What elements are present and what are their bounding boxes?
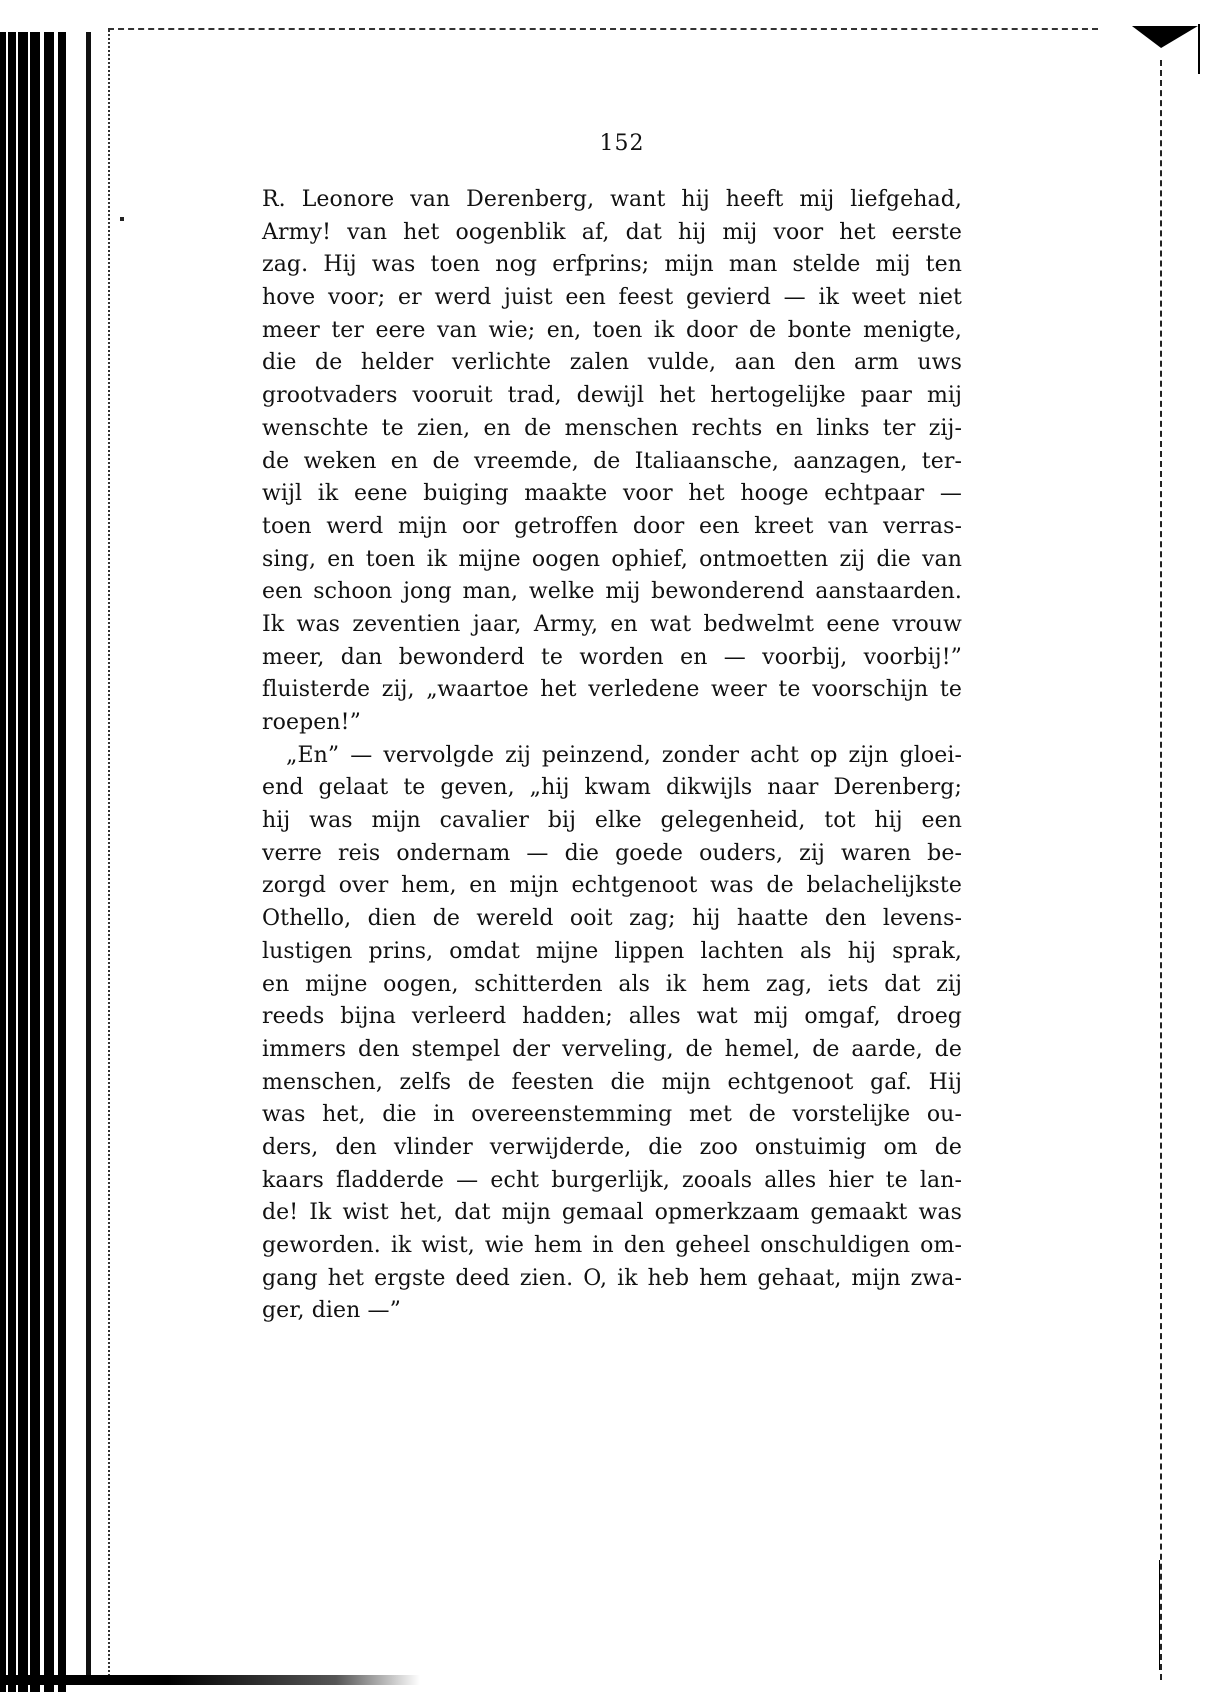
text-line: sing, en toen ik mijne oogen ophief, ont… bbox=[262, 544, 962, 577]
text-line: R. Leonore van Derenberg, want hij heeft… bbox=[262, 184, 962, 217]
text-line: roepen!” bbox=[262, 707, 962, 740]
text-line: die de helder verlichte zalen vulde, aan… bbox=[262, 347, 962, 380]
text-line: Othello, dien de wereld ooit zag; hij ha… bbox=[262, 903, 962, 936]
text-line: gang het ergste deed zien. O, ik heb hem… bbox=[262, 1263, 962, 1296]
scan-corner-mark-icon bbox=[1128, 26, 1198, 48]
text-line: immers den stempel der verveling, de hem… bbox=[262, 1034, 962, 1067]
text-line: een schoon jong man, welke mij bewondere… bbox=[262, 576, 962, 609]
scan-edge-tick bbox=[1198, 24, 1200, 74]
text-line: hove voor; er werd juist een feest gevie… bbox=[262, 282, 962, 315]
page-body-text: R. Leonore van Derenberg, want hij heeft… bbox=[262, 184, 962, 1328]
text-line: de! Ik wist het, dat mijn gemaal opmerkz… bbox=[262, 1197, 962, 1230]
text-line: was het, die in overeenstemming met de v… bbox=[262, 1099, 962, 1132]
book-binding-shadow bbox=[0, 32, 72, 1692]
text-line: geworden. ik wist, wie hem in den geheel… bbox=[262, 1230, 962, 1263]
text-line: meer ter eere van wie; en, toen ik door … bbox=[262, 315, 962, 348]
page-top-edge bbox=[108, 28, 1098, 30]
text-line: de weken en de vreemde, de Italiaansche,… bbox=[262, 446, 962, 479]
text-line: „En” — vervolgde zij peinzend, zonder ac… bbox=[262, 740, 962, 773]
scan-speck bbox=[120, 217, 124, 221]
text-line: ders, den vlinder verwijderde, die zoo o… bbox=[262, 1132, 962, 1165]
text-line: kaars fladderde — echt burgerlijk, zooal… bbox=[262, 1165, 962, 1198]
text-line: reeds bijna verleerd hadden; alles wat m… bbox=[262, 1001, 962, 1034]
page-number: 152 bbox=[282, 130, 962, 158]
page-bottom-shadow bbox=[0, 1675, 420, 1685]
text-line: fluisterde zij, „waartoe het verledene w… bbox=[262, 674, 962, 707]
text-line: menschen, zelfs de feesten die mijn echt… bbox=[262, 1067, 962, 1100]
text-line: wenschte te zien, en de menschen rechts … bbox=[262, 413, 962, 446]
text-line: ger, dien —” bbox=[262, 1295, 962, 1328]
text-line: Army! van het oogenblik af, dat hij mij … bbox=[262, 217, 962, 250]
text-line: toen werd mijn oor getroffen door een kr… bbox=[262, 511, 962, 544]
binding-edge-dotted-line bbox=[108, 30, 111, 1680]
text-line: hij was mijn cavalier bij elke gelegenhe… bbox=[262, 805, 962, 838]
text-line: end gelaat te geven, „hij kwam dikwijls … bbox=[262, 772, 962, 805]
text-line: Ik was zeventien jaar, Army, en wat bedw… bbox=[262, 609, 962, 642]
text-line: verre reis ondernam — die goede ouders, … bbox=[262, 838, 962, 871]
paragraph: „En” — vervolgde zij peinzend, zonder ac… bbox=[262, 740, 962, 1328]
text-line: wijl ik eene buiging maakte voor het hoo… bbox=[262, 478, 962, 511]
text-line: meer, dan bewonderd te worden en — voorb… bbox=[262, 642, 962, 675]
text-line: zag. Hij was toen nog erfprins; mijn man… bbox=[262, 249, 962, 282]
text-line: en mijne oogen, schitterden als ik hem z… bbox=[262, 969, 962, 1002]
binding-edge-line bbox=[86, 32, 91, 1682]
page-right-edge-solid bbox=[1159, 1560, 1160, 1670]
text-line: lustigen prins, omdat mijne lippen lacht… bbox=[262, 936, 962, 969]
text-line: grootvaders vooruit trad, dewijl het her… bbox=[262, 380, 962, 413]
paragraph: R. Leonore van Derenberg, want hij heeft… bbox=[262, 184, 962, 740]
page-right-edge bbox=[1160, 60, 1164, 1680]
text-line: zorgd over hem, en mijn echtgenoot was d… bbox=[262, 870, 962, 903]
book-page: 152 R. Leonore van Derenberg, want hij h… bbox=[262, 130, 962, 1328]
